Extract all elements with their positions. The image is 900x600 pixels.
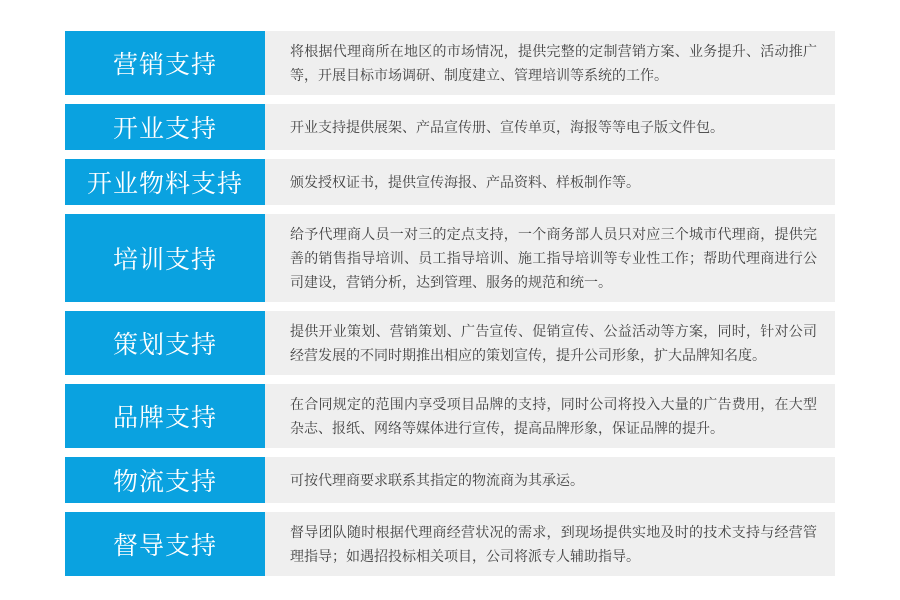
support-description-panel: 开业支持提供展架、产品宣传册、宣传单页，海报等等电子版文件包。	[265, 104, 835, 150]
support-description: 在合同规定的范围内享受项目品牌的支持，同时公司将投入大量的广告费用，在大型杂志、…	[290, 392, 817, 440]
support-row: 品牌支持 在合同规定的范围内享受项目品牌的支持，同时公司将投入大量的广告费用，在…	[65, 384, 835, 448]
support-label: 品牌支持	[65, 384, 265, 448]
support-label: 培训支持	[65, 214, 265, 302]
support-description: 开业支持提供展架、产品宣传册、宣传单页，海报等等电子版文件包。	[290, 115, 817, 139]
support-row: 培训支持 给予代理商人员一对三的定点支持，一个商务部人员只对应三个城市代理商，提…	[65, 214, 835, 302]
support-description-panel: 提供开业策划、营销策划、广告宣传、促销宣传、公益活动等方案，同时，针对公司经营发…	[265, 311, 835, 375]
support-row: 策划支持 提供开业策划、营销策划、广告宣传、促销宣传、公益活动等方案，同时，针对…	[65, 311, 835, 375]
support-label: 营销支持	[65, 31, 265, 95]
support-row: 物流支持 可按代理商要求联系其指定的物流商为其承运。	[65, 457, 835, 503]
support-description-panel: 颁发授权证书，提供宣传海报、产品资料、样板制作等。	[265, 159, 835, 205]
support-row: 督导支持 督导团队随时根据代理商经营状况的需求，到现场提供实地及时的技术支持与经…	[65, 512, 835, 576]
support-description: 督导团队随时根据代理商经营状况的需求，到现场提供实地及时的技术支持与经营管理指导…	[290, 520, 817, 568]
support-description-panel: 给予代理商人员一对三的定点支持，一个商务部人员只对应三个城市代理商，提供完善的销…	[265, 214, 835, 302]
support-description-panel: 在合同规定的范围内享受项目品牌的支持，同时公司将投入大量的广告费用，在大型杂志、…	[265, 384, 835, 448]
support-row: 营销支持 将根据代理商所在地区的市场情况，提供完整的定制营销方案、业务提升、活动…	[65, 31, 835, 95]
support-label: 策划支持	[65, 311, 265, 375]
support-description: 给予代理商人员一对三的定点支持，一个商务部人员只对应三个城市代理商，提供完善的销…	[290, 222, 817, 294]
support-description: 将根据代理商所在地区的市场情况，提供完整的定制营销方案、业务提升、活动推广等，开…	[290, 39, 817, 87]
support-description-panel: 督导团队随时根据代理商经营状况的需求，到现场提供实地及时的技术支持与经营管理指导…	[265, 512, 835, 576]
support-description: 颁发授权证书，提供宣传海报、产品资料、样板制作等。	[290, 170, 817, 194]
support-description: 可按代理商要求联系其指定的物流商为其承运。	[290, 468, 817, 492]
support-description: 提供开业策划、营销策划、广告宣传、促销宣传、公益活动等方案，同时，针对公司经营发…	[290, 319, 817, 367]
support-row: 开业物料支持 颁发授权证书，提供宣传海报、产品资料、样板制作等。	[65, 159, 835, 205]
support-description-panel: 可按代理商要求联系其指定的物流商为其承运。	[265, 457, 835, 503]
support-label: 督导支持	[65, 512, 265, 576]
support-label: 开业物料支持	[65, 159, 265, 205]
support-table: 营销支持 将根据代理商所在地区的市场情况，提供完整的定制营销方案、业务提升、活动…	[65, 31, 835, 576]
support-row: 开业支持 开业支持提供展架、产品宣传册、宣传单页，海报等等电子版文件包。	[65, 104, 835, 150]
support-label: 开业支持	[65, 104, 265, 150]
support-label: 物流支持	[65, 457, 265, 503]
support-description-panel: 将根据代理商所在地区的市场情况，提供完整的定制营销方案、业务提升、活动推广等，开…	[265, 31, 835, 95]
